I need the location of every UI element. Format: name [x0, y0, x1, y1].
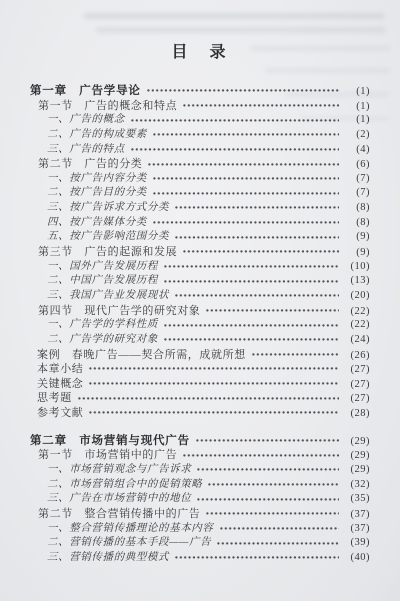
toc-entry-label: 第一章 广告学导论 [30, 82, 141, 98]
dot-leader [252, 353, 339, 356]
toc-entry-label: 二、中国广告发展历程 [47, 272, 158, 287]
toc-entry-label: 第三节 广告的起源和发展 [38, 243, 177, 259]
toc-entry-label: 一、广告学的学科性质 [47, 316, 158, 331]
dot-leader [131, 119, 339, 122]
dot-leader [153, 221, 339, 224]
dot-leader [153, 133, 339, 136]
toc-page-number: (28) [343, 408, 370, 419]
toc-page-number: (6) [343, 159, 370, 170]
toc-list: 第一章 广告学导论(1)第一节 广告的概念和特点(1)一、广告的概念(1)二、广… [30, 82, 370, 564]
dot-leader [196, 439, 339, 442]
toc-page-number: (10) [343, 261, 370, 272]
dot-leader [197, 468, 339, 471]
dot-leader [217, 542, 339, 545]
dot-leader [197, 498, 339, 501]
toc-entry-label: 二、广告学的研究对象 [47, 331, 158, 346]
toc-row: 二、中国广告发展历程(13) [30, 272, 370, 287]
dot-leader [220, 527, 340, 530]
page-title: 目 录 [0, 39, 400, 62]
dot-leader [147, 89, 339, 92]
dot-leader [208, 483, 339, 486]
toc-row: 一、国外广告发展历程(10) [30, 258, 370, 273]
toc-row: 第四节 现代广告学的研究对象(22) [30, 302, 370, 317]
toc-row: 参考文献(28) [30, 404, 370, 419]
toc-page-number: (27) [343, 393, 370, 404]
toc-entry-label: 二、营销传播的基本手段——广告 [47, 534, 211, 549]
toc-entry-label: 三、广告的特点 [47, 141, 125, 156]
toc-page-number: (22) [343, 319, 370, 330]
toc-page-number: (7) [343, 187, 370, 198]
toc-entry-label: 第二节 整合营销传播中的广告 [38, 505, 200, 521]
dot-leader [164, 265, 339, 268]
toc-entry-label: 第二节 广告的分类 [38, 155, 142, 171]
dot-leader [183, 250, 339, 253]
toc-entry-label: 三、我国广告业发展现状 [47, 287, 169, 302]
toc-entry-label: 关键概念 [37, 375, 83, 391]
toc-entry-label: 三、按广告诉求方式分类 [47, 199, 169, 214]
dot-leader [164, 280, 339, 283]
toc-page-number: (8) [343, 217, 370, 228]
dot-leader [148, 163, 339, 166]
toc-page-number: (9) [343, 247, 370, 258]
dot-leader [183, 104, 339, 107]
toc-row: 第二章 市场营销与现代广告(29) [30, 432, 370, 447]
toc-page-number: (27) [343, 364, 370, 375]
dot-leader [89, 382, 339, 385]
toc-page-number: (40) [343, 552, 370, 563]
toc-entry-label: 四、按广告媒体分类 [47, 214, 147, 229]
toc-page-number: (7) [343, 173, 370, 184]
dot-leader [78, 397, 339, 400]
toc-page-number: (32) [343, 479, 370, 490]
toc-page-number: (29) [343, 464, 370, 475]
toc-page-number: (20) [343, 290, 370, 301]
toc-row: 本章小结(27) [30, 360, 370, 375]
toc-entry-label: 一、整合营销传播理论的基本内容 [47, 520, 214, 535]
bleed-through-artifact [265, 68, 390, 73]
toc-row: 四、按广告媒体分类(8) [30, 214, 370, 229]
toc-entry-label: 五、按广告影响范围分类 [47, 228, 169, 243]
toc-page-number: (29) [343, 436, 370, 447]
toc-page-number: (1) [343, 86, 370, 97]
bleed-through-artifact [84, 13, 384, 19]
dot-leader [175, 206, 339, 209]
toc-page-number: (4) [343, 144, 370, 155]
toc-row: 一、广告的概念(1) [30, 111, 370, 126]
toc-page-number: (26) [343, 350, 370, 361]
toc-entry-label: 第一节 广告的概念和特点 [38, 97, 177, 113]
toc-entry-label: 一、广告的概念 [47, 111, 125, 126]
toc-page-number: (8) [343, 202, 370, 213]
dot-leader [206, 309, 339, 312]
toc-page-number: (2) [343, 129, 370, 140]
toc-row: 关键概念(27) [30, 375, 370, 390]
toc-entry-label: 思考题 [37, 389, 72, 405]
toc-entry-label: 案例 春晚广告——契合所需，成就所想 [37, 346, 246, 362]
toc-page-number: (37) [343, 523, 370, 534]
toc-page-number: (35) [343, 493, 370, 504]
toc-row: 二、按广告目的分类(7) [30, 184, 370, 199]
toc-entry-label: 本章小结 [37, 360, 83, 376]
toc-row: 五、按广告影响范围分类(9) [30, 228, 370, 243]
dot-leader [164, 338, 339, 341]
toc-page-number: (22) [343, 306, 370, 317]
toc-page-number: (13) [343, 275, 370, 286]
toc-page-number: (1) [343, 114, 370, 125]
toc-row: 三、按广告诉求方式分类(8) [30, 199, 370, 214]
toc-row: 三、我国广告业发展现状(20) [30, 287, 370, 302]
dot-leader [183, 454, 339, 457]
dot-leader [175, 556, 339, 559]
bleed-through-artifact [96, 27, 386, 33]
toc-entry-label: 二、市场营销组合中的促销策略 [47, 476, 202, 491]
dot-leader [175, 236, 339, 239]
toc-entry-label: 三、广告在市场营销中的地位 [47, 490, 191, 505]
toc-page-number: (39) [343, 537, 370, 548]
toc-row: 三、营销传播的典型模式(40) [30, 549, 370, 564]
toc-page-number: (1) [343, 101, 370, 112]
dot-leader [89, 367, 339, 370]
toc-entry-label: 第四节 现代广告学的研究对象 [38, 302, 200, 318]
dot-leader [206, 512, 339, 515]
toc-row: 第二节 广告的分类(6) [30, 155, 370, 170]
toc-entry-label: 二、广告的构成要素 [47, 126, 147, 141]
toc-entry-label: 二、按广告目的分类 [47, 184, 147, 199]
dot-leader [153, 177, 339, 180]
toc-entry-label: 一、市场营销观念与广告诉求 [47, 461, 191, 476]
toc-entry-label: 第二章 市场营销与现代广告 [30, 432, 190, 448]
toc-row: 二、市场营销组合中的促销策略(32) [30, 476, 370, 491]
toc-page-number: (9) [343, 231, 370, 242]
toc-row: 三、广告的特点(4) [30, 141, 370, 156]
dot-leader [153, 192, 339, 195]
dot-leader [164, 324, 339, 327]
dot-leader [175, 294, 339, 297]
toc-entry-label: 三、营销传播的典型模式 [47, 549, 169, 564]
dot-leader [89, 411, 339, 414]
toc-row: 一、整合营销传播理论的基本内容(37) [30, 520, 370, 535]
toc-row: 第三节 广告的起源和发展(9) [30, 243, 370, 258]
toc-row: 二、广告的构成要素(2) [30, 126, 370, 141]
toc-row: 一、市场营销观念与广告诉求(29) [30, 461, 370, 476]
toc-row: 二、营销传播的基本手段——广告(39) [30, 534, 370, 549]
toc-row: 案例 春晚广告——契合所需，成就所想(26) [30, 346, 370, 361]
toc-row: 三、广告在市场营销中的地位(35) [30, 490, 370, 505]
toc-row: 一、按广告内容分类(7) [30, 170, 370, 185]
toc-row: 二、广告学的研究对象(24) [30, 331, 370, 346]
toc-page-number: (37) [343, 509, 370, 520]
dot-leader [131, 148, 339, 151]
toc-entry-label: 参考文献 [37, 404, 83, 420]
toc-row: 第一节 广告的概念和特点(1) [30, 97, 370, 112]
toc-entry-label: 第一节 市场营销中的广告 [38, 446, 177, 462]
toc-row: 第一章 广告学导论(1) [30, 82, 370, 97]
toc-entry-label: 一、国外广告发展历程 [47, 258, 158, 273]
toc-page-number: (27) [343, 379, 370, 390]
toc-row: 一、广告学的学科性质(22) [30, 316, 370, 331]
toc-row: 第二节 整合营销传播中的广告(37) [30, 505, 370, 520]
toc-row: 思考题(27) [30, 389, 370, 404]
toc-entry-label: 一、按广告内容分类 [47, 170, 147, 185]
toc-row: 第一节 市场营销中的广告(29) [30, 446, 370, 461]
toc-page-number: (29) [343, 450, 370, 461]
scanned-toc-page: 目 录 第一章 广告学导论(1)第一节 广告的概念和特点(1)一、广告的概念(1… [0, 0, 400, 601]
toc-page-number: (24) [343, 334, 370, 345]
